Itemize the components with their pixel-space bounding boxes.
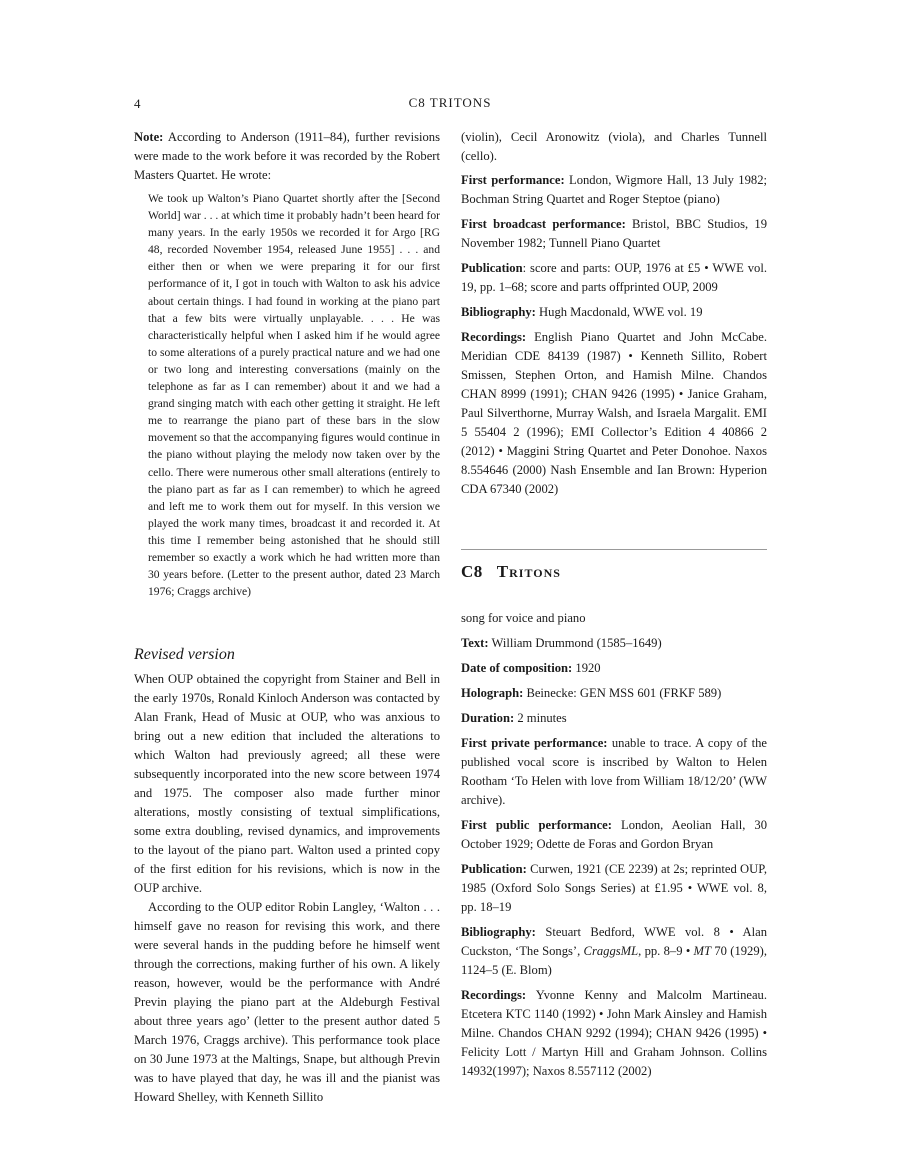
entry-heading-c8: C8Tritons — [461, 562, 767, 581]
c8-subtitle: song for voice and piano — [461, 609, 767, 628]
journal-abbrev: CraggsML — [584, 944, 639, 958]
journal-abbrev: MT — [694, 944, 712, 958]
note-label: Note: — [134, 130, 163, 144]
entry-title: Tritons — [497, 562, 561, 581]
c7-first-performance: First performance: London, Wigmore Hall,… — [461, 171, 767, 209]
field-value: , pp. 8–9 • — [638, 944, 693, 958]
field-label: Bibliography: — [461, 925, 536, 939]
c8-duration: Duration: 2 minutes — [461, 709, 767, 728]
revised-paragraph-1: When OUP obtained the copyright from Sta… — [134, 670, 440, 898]
field-label: Holograph: — [461, 686, 523, 700]
field-label: Text: — [461, 636, 489, 650]
field-value: Hugh Macdonald, WWE vol. 19 — [539, 305, 702, 319]
c8-text: Text: William Drummond (1585–1649) — [461, 634, 767, 653]
field-value: Beinecke: GEN MSS 601 (FRKF 589) — [526, 686, 721, 700]
running-head: C8 TRITONS — [0, 95, 900, 111]
section-divider — [461, 549, 767, 550]
field-label: Duration: — [461, 711, 514, 725]
field-label: Bibliography: — [461, 305, 536, 319]
field-label: First broadcast performance: — [461, 217, 626, 231]
c8-publication: Publication: Curwen, 1921 (CE 2239) at 2… — [461, 860, 767, 917]
field-label: First performance: — [461, 173, 565, 187]
field-label: Date of composition: — [461, 661, 572, 675]
c7-publication: Publication: score and parts: OUP, 1976 … — [461, 259, 767, 297]
field-label: Recordings: — [461, 988, 526, 1002]
block-quote: We took up Walton’s Piano Quartet shortl… — [148, 190, 440, 600]
c8-first-private-performance: First private performance: unable to tra… — [461, 734, 767, 810]
field-value: English Piano Quartet and John McCabe. M… — [461, 330, 767, 496]
c7-first-broadcast: First broadcast performance: Bristol, BB… — [461, 215, 767, 253]
field-value: William Drummond (1585–1649) — [491, 636, 661, 650]
c8-holograph: Holograph: Beinecke: GEN MSS 601 (FRKF 5… — [461, 684, 767, 703]
c7-recordings: Recordings: English Piano Quartet and Jo… — [461, 328, 767, 499]
revised-paragraph-2: According to the OUP editor Robin Langle… — [134, 898, 440, 1107]
entry-code: C8 — [461, 562, 483, 581]
revised-version-heading: Revised version — [134, 645, 440, 664]
right-column: (violin), Cecil Aronowitz (viola), and C… — [461, 128, 767, 1087]
left-column: Note: According to Anderson (1911–84), f… — [134, 128, 440, 1107]
field-label: First private performance: — [461, 736, 607, 750]
c8-date-of-composition: Date of composition: 1920 — [461, 659, 767, 678]
c8-first-public-performance: First public performance: London, Aeolia… — [461, 816, 767, 854]
field-label: First public performance: — [461, 818, 612, 832]
continuation-text: (violin), Cecil Aronowitz (viola), and C… — [461, 128, 767, 166]
note-text: According to Anderson (1911–84), further… — [134, 130, 440, 182]
c8-bibliography: Bibliography: Steuart Bedford, WWE vol. … — [461, 923, 767, 980]
field-label: Publication: — [461, 862, 527, 876]
field-value: 2 minutes — [517, 711, 566, 725]
note-paragraph: Note: According to Anderson (1911–84), f… — [134, 128, 440, 185]
c7-bibliography: Bibliography: Hugh Macdonald, WWE vol. 1… — [461, 303, 767, 322]
field-label: Publication — [461, 261, 523, 275]
c8-recordings: Recordings: Yvonne Kenny and Malcolm Mar… — [461, 986, 767, 1081]
field-value: 1920 — [575, 661, 600, 675]
field-label: Recordings: — [461, 330, 526, 344]
